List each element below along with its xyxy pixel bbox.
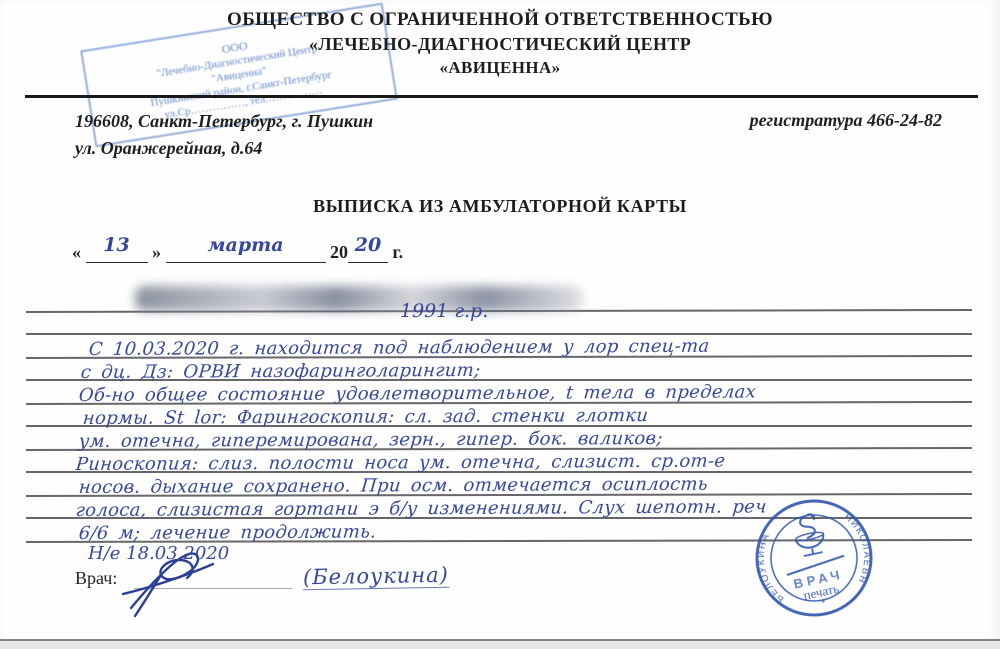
document-title: ВЫПИСКА ИЗ АМБУЛАТОРНОЙ КАРТЫ <box>0 196 1000 217</box>
year-suffix: г. <box>393 242 404 262</box>
handwriting-line: ум. отечна, гиперемирована, зерн., гипер… <box>78 428 664 452</box>
clinic-address: 196608, Санкт-Петербург, г. Пушкин ул. О… <box>75 108 373 162</box>
handwritten-day: 13 <box>103 234 129 256</box>
contacts-row: 196608, Санкт-Петербург, г. Пушкин ул. О… <box>75 108 942 162</box>
printed-century: 20 <box>330 242 348 262</box>
handwriting-line: носов. дыхание сохранено. При осм. отмеч… <box>78 474 709 498</box>
company-name-line1: ОБЩЕСТВО С ОГРАНИЧЕННОЙ ОТВЕТСТВЕННОСТЬЮ <box>0 8 1000 32</box>
redacted-patient-name <box>135 286 583 311</box>
date-line: « 13 » марта 2020 г. <box>72 240 403 263</box>
ruled-line <box>26 333 972 335</box>
address-line2: ул. Оранжерейная, д.64 <box>75 135 373 162</box>
handwriting-line: 6/6 м; лечение продолжить. <box>78 521 377 544</box>
handwritten-birth-year: 1991 г.р. <box>400 300 488 322</box>
doctor-label: Врач: <box>75 568 117 589</box>
handwriting-line: Риноскопия: слиз. полости носа ум. отечн… <box>75 451 726 475</box>
letterhead: ОБЩЕСТВО С ОГРАНИЧЕННОЙ ОТВЕТСТВЕННОСТЬЮ… <box>0 8 1000 80</box>
medical-extract-document: ООО "Лечебно-Диагностический Центр "Авиц… <box>0 0 1000 649</box>
doctor-signature-icon <box>117 542 307 620</box>
handwriting-line: голоса, слизистая гортани э б/у изменени… <box>75 496 768 521</box>
photo-bottom-edge <box>0 639 1000 641</box>
handwriting-line: С 10.03.2020 г. находится под наблюдение… <box>88 336 710 360</box>
photo-bottom-band <box>0 641 1000 649</box>
doctor-surname: (Белоукина) <box>303 564 449 589</box>
company-name-line2: «ЛЕЧЕБНО-ДИАГНОСТИЧЕСКИЙ ЦЕНТР <box>0 32 1000 56</box>
address-line1: 196608, Санкт-Петербург, г. Пушкин <box>75 108 373 135</box>
quote-close: » <box>152 242 161 262</box>
signature-row: Врач: (Белоукина) <box>75 568 292 594</box>
quote-open: « <box>72 242 81 262</box>
company-name-line3: «АВИЦЕННА» <box>0 56 1000 80</box>
handwritten-year: 20 <box>355 234 381 256</box>
handwritten-month: марта <box>207 234 283 256</box>
handwriting-line: нормы. St lor: Фарингоскопия: сл. зад. с… <box>82 405 649 429</box>
seal-arc-left-text: БЕЛОУКИНА <box>749 529 787 607</box>
handwriting-line: с дц. Дз: ОРВИ назофаринголарингит; <box>80 360 481 383</box>
svg-text:БЕЛОУКИНА: БЕЛОУКИНА <box>749 529 787 607</box>
header-divider-rule <box>25 95 978 98</box>
registry-phone: регистратура 466-24-82 <box>750 110 942 162</box>
handwriting-line: Об-но общее состояние удовлетворительное… <box>78 381 757 406</box>
